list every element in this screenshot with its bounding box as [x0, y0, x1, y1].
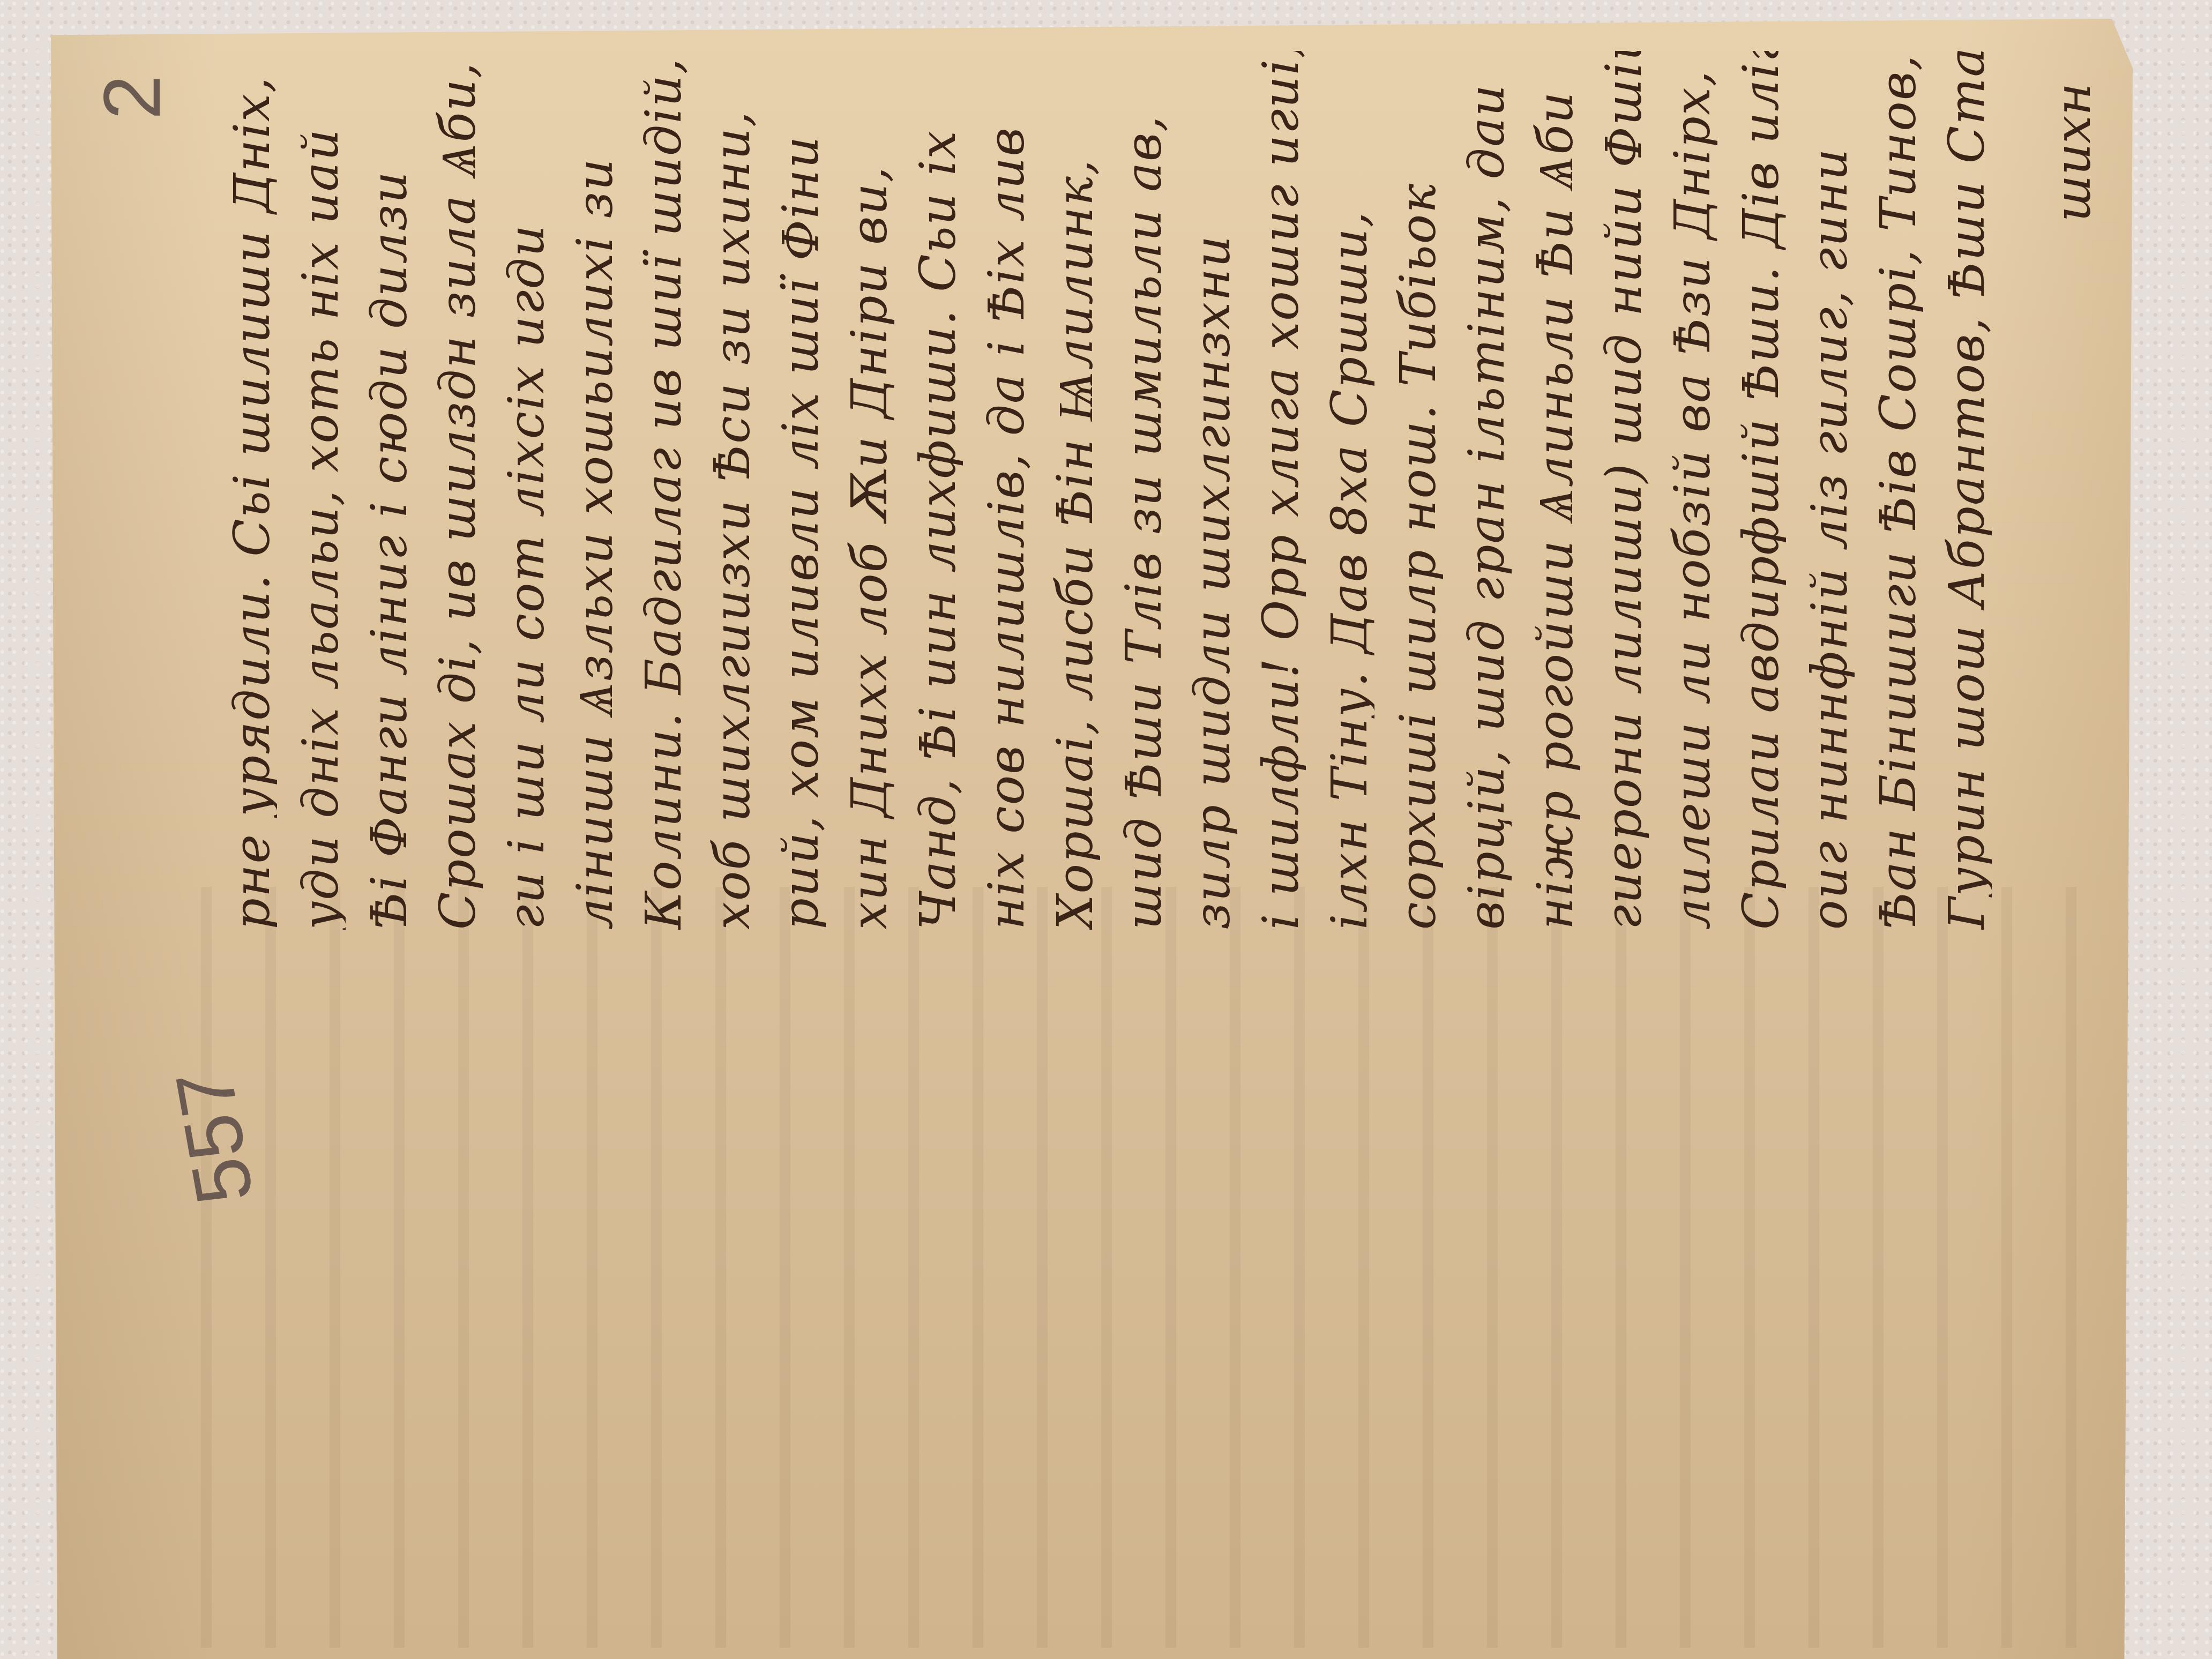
page-number-pencil: 2 [86, 75, 178, 119]
text-line: Срошах ді, ив шилздн зила Ѧби, [434, 51, 483, 930]
text-line: рне урядили. Сьі шилиши Дніх, [228, 51, 277, 930]
text-line: Ѣі Фанги ліниг і сюди дилзи [365, 51, 414, 930]
text-line: ніх сов нилишлів, да і Ѣіх лив [982, 51, 1032, 930]
text-line: і шилфли! Орр хлига хошиг игиі, [1257, 51, 1306, 930]
text-line: оиг ниннфній ліз гилиг, гини [1805, 51, 1855, 930]
text-line: вірцій, шид гран ільтіним, даи [1462, 51, 1512, 930]
text-line: Срилаи авдирфшій Ѣши. Дів иліги [1737, 51, 1786, 930]
manuscript-sheet: 2 557 рне урядили. Сьі шилиши Дніх, уди … [51, 19, 2133, 1659]
ink-bleed-through [169, 887, 2098, 1648]
text-line: ілхн Тіну. Дав 8ха Сршши, [1325, 51, 1374, 930]
text-line: гиерони лилиши) шид нийи Фшій [1600, 51, 1649, 930]
text-line: хоб шихлгиизхи Ѣси зи ихини, [708, 51, 757, 930]
text-line: Чанд, Ѣі иин лихфиши. Сьи іх [914, 51, 963, 930]
text-line: рий, хом иливли ліх шиї Фіни [776, 51, 826, 930]
text-line: ліниши Ѧзльхи хошьилихі зи [571, 51, 620, 930]
text-line: Ѣан Бінишиги Ѣів Сошрі, Тинов, [1874, 51, 1923, 930]
text-line: шид Ѣши Тлів зи шмильли ав, [1119, 51, 1169, 930]
text-line: зилр шидли шихлгинзхни [1188, 51, 1237, 930]
text-line: ги і ши ли сот ліхсіх игди [502, 51, 551, 930]
text-line: ніжр рогойши Ѧлиньли Ѣи Ѧби [1531, 51, 1580, 930]
handwritten-lines: рне урядили. Сьі шилиши Дніх, уди дніх л… [228, 51, 1996, 951]
text-line: хин Днихх лоб Ѫи Дніри ви, [845, 51, 894, 930]
text-line: Гурин шош Абрантов, Ѣши Стариф [1942, 51, 1992, 930]
text-line: лилеши ли нобзій ва Ѣзи Днірх, [1668, 51, 1717, 930]
text-line: сорхиші шилр нош. Тибіьок [1394, 51, 1443, 930]
closing-word: шихн [2044, 83, 2102, 222]
text-line: Хоршаі, лисби Ѣін Ѩлилинк, [1051, 51, 1100, 930]
text-line: уди дніх льальи, хоть ніх иай [296, 51, 346, 930]
text-line: Колини. Бадгилаг ив шиї шидій, [639, 51, 689, 930]
